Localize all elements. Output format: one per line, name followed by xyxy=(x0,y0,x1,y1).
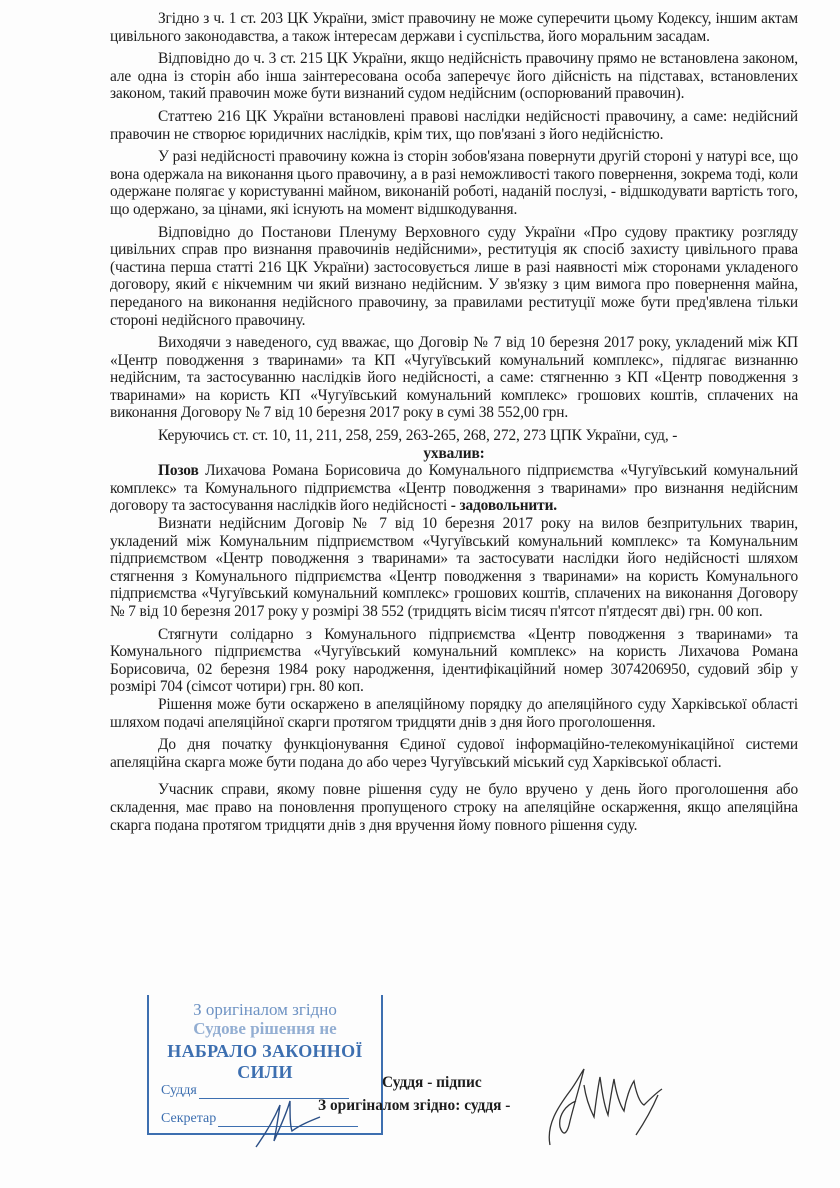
judge-signature-icon xyxy=(540,1065,690,1150)
paragraph-restitution: У разі недійсності правочину кожна із ст… xyxy=(110,148,798,218)
paragraph-plenum: Відповідно до Постанови Пленуму Верховно… xyxy=(110,224,798,330)
paragraph-art-203: Згідно з ч. 1 ст. 203 ЦК України, зміст … xyxy=(110,10,798,45)
verdict-lead: Позов xyxy=(158,462,199,479)
stamp-judge-label: Суддя xyxy=(161,1083,197,1098)
resolution-appeal-system: До дня початку функціонування Єдиної суд… xyxy=(110,736,798,771)
resolution-participant: Учасник справи, якому повне рішення суду… xyxy=(110,781,798,834)
resolution-court-fee: Стягнути солідарно з Комунального підпри… xyxy=(110,626,798,696)
scanned-court-decision-page: Згідно з ч. 1 ст. 203 ЦК України, зміст … xyxy=(0,0,840,1188)
secretary-signature-icon xyxy=(252,1095,322,1150)
judge-signed-label: Суддя - підпис xyxy=(382,1074,482,1092)
verdict-paragraph: Позов Лихачова Романа Борисовича до Кому… xyxy=(110,462,798,515)
stamp-line-1: З оригіналом згідно xyxy=(149,1000,381,1020)
verdict-result: - задовольнити. xyxy=(451,497,557,514)
paragraph-art-215: Відповідно до ч. 3 ст. 215 ЦК України, я… xyxy=(110,50,798,103)
resolution-invalidate: Визнати недійсним Договір № 7 від 10 бер… xyxy=(110,515,798,621)
stamp-line-2: Судове рішення не xyxy=(149,1019,381,1039)
paragraph-conclusion: Виходячи з наведеного, суд вважає, що До… xyxy=(110,334,798,422)
copy-certified-label: З оригіналом згідно: суддя - xyxy=(318,1097,510,1115)
decision-body: Згідно з ч. 1 ст. 203 ЦК України, зміст … xyxy=(110,10,798,834)
verdict-heading: ухвалив: xyxy=(110,445,798,463)
stamp-secretary-label: Секретар xyxy=(161,1111,216,1126)
resolution-appeal: Рішення може бути оскаржено в апеляційно… xyxy=(110,696,798,731)
paragraph-art-216: Статтею 216 ЦК України встановлені право… xyxy=(110,108,798,143)
paragraph-guided-by: Керуючись ст. ст. 10, 11, 211, 258, 259,… xyxy=(110,427,798,445)
stamp-line-3: НАБРАЛО ЗАКОННОЇ СИЛИ xyxy=(149,1041,381,1083)
